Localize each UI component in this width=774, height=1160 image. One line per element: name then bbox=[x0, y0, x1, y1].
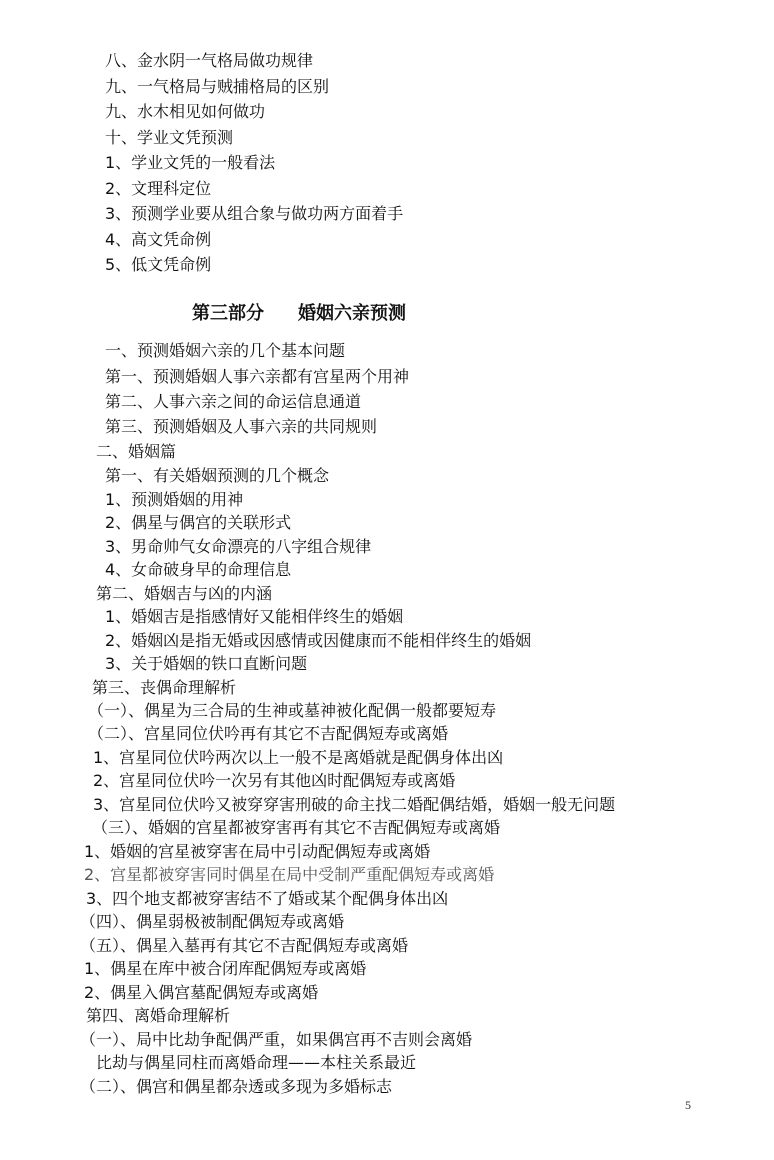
toc-line: 3、预测学业要从组合象与做功两方面着手 bbox=[105, 203, 403, 225]
toc-line: 第一、有关婚姻预测的几个概念 bbox=[105, 465, 329, 487]
toc-line: 3、男命帅气女命漂亮的八字组合规律 bbox=[105, 536, 371, 558]
toc-line: 1、偶星在库中被合闭库配偶短寿或离婚 bbox=[84, 958, 366, 980]
section-part: 第三部分 bbox=[192, 303, 264, 324]
toc-line: 2、宫星同位伏吟一次另有其他凶时配偶短寿或离婚 bbox=[93, 770, 455, 792]
section-title: 婚姻六亲预测 bbox=[298, 303, 406, 324]
toc-line: 二、婚姻篇 bbox=[96, 441, 176, 463]
toc-line: 第二、婚姻吉与凶的内涵 bbox=[96, 583, 272, 605]
toc-line: 4、女命破身早的命理信息 bbox=[105, 559, 291, 581]
toc-line: （四）、偶星弱极被制配偶短寿或离婚 bbox=[80, 911, 344, 933]
toc-line: 2、文理科定位 bbox=[105, 178, 211, 200]
toc-line: 2、偶星与偶宫的关联形式 bbox=[105, 512, 291, 534]
toc-line: 第三、预测婚姻及人事六亲的共同规则 bbox=[105, 416, 377, 438]
toc-line: 3、四个地支都被穿害结不了婚或某个配偶身体出凶 bbox=[86, 888, 448, 910]
toc-line: 1、预测婚姻的用神 bbox=[105, 489, 243, 511]
toc-line: 1、婚姻的宫星被穿害在局中引动配偶短寿或离婚 bbox=[84, 841, 430, 863]
toc-line: 十、学业文凭预测 bbox=[105, 127, 233, 149]
toc-line: （二）、宫星同位伏吟再有其它不吉配偶短寿或离婚 bbox=[88, 723, 448, 745]
section-heading: 第三部分婚姻六亲预测 bbox=[192, 302, 406, 326]
toc-line: （三）、婚姻的宫星都被穿害再有其它不吉配偶短寿或离婚 bbox=[92, 817, 500, 839]
toc-line: 4、高文凭命例 bbox=[105, 229, 211, 251]
toc-line: （二）、偶宫和偶星都杂透或多现为多婚标志 bbox=[80, 1076, 392, 1098]
page-number: 5 bbox=[685, 1098, 691, 1113]
toc-line: 第三、丧偶命理解析 bbox=[92, 677, 236, 699]
toc-line: 2、偶星入偶宫墓配偶短寿或离婚 bbox=[84, 982, 318, 1004]
toc-line: 九、水木相见如何做功 bbox=[105, 101, 265, 123]
toc-line: 3、宫星同位伏吟又被穿穿害刑破的命主找二婚配偶结婚，婚姻一般无问题 bbox=[93, 794, 615, 816]
toc-line: 八、金水阴一气格局做功规律 bbox=[105, 50, 313, 72]
toc-line: （一）、偶星为三合局的生神或墓神被化配偶一般都要短寿 bbox=[88, 700, 496, 722]
toc-line: 比劫与偶星同柱而离婚命理——本柱关系最近 bbox=[96, 1052, 416, 1074]
toc-line: 5、低文凭命例 bbox=[105, 254, 211, 276]
toc-line: 1、婚姻吉是指感情好又能相伴终生的婚姻 bbox=[105, 606, 403, 628]
toc-line: 第二、人事六亲之间的命运信息通道 bbox=[105, 391, 361, 413]
toc-line: 第一、预测婚姻人事六亲都有宫星两个用神 bbox=[105, 366, 409, 388]
toc-line: 3、关于婚姻的铁口直断问题 bbox=[105, 653, 307, 675]
toc-line: 一、预测婚姻六亲的几个基本问题 bbox=[105, 340, 345, 362]
toc-line: 九、一气格局与贼捕格局的区别 bbox=[105, 76, 329, 98]
toc-line: 1、宫星同位伏吟两次以上一般不是离婚就是配偶身体出凶 bbox=[93, 747, 503, 769]
toc-line: （一）、局中比劫争配偶严重，如果偶宫再不吉则会离婚 bbox=[80, 1029, 472, 1051]
toc-line: 2、婚姻凶是指无婚或因感情或因健康而不能相伴终生的婚姻 bbox=[105, 630, 531, 652]
toc-line: 2、宫星都被穿害同时偶星在局中受制严重配偶短寿或离婚 bbox=[84, 864, 494, 886]
toc-line: 第四、离婚命理解析 bbox=[86, 1005, 230, 1027]
toc-line: 1、学业文凭的一般看法 bbox=[105, 152, 275, 174]
toc-line: （五）、偶星入墓再有其它不吉配偶短寿或离婚 bbox=[80, 935, 408, 957]
